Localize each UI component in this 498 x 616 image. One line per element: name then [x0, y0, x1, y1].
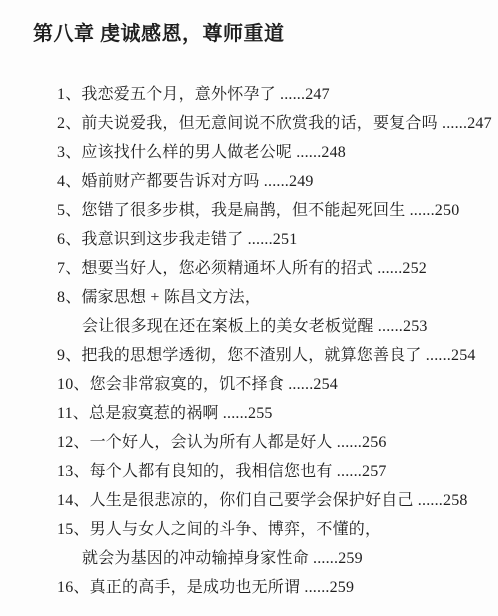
- toc-list: 1、我恋爱五个月，意外怀孕了 ......247 2、前夫说爱我，但无意间说不欣…: [57, 80, 492, 602]
- chapter-title: 第八章 虔诚感恩，尊师重道: [33, 22, 285, 46]
- toc-entry: 13、每个人都有良知的，我相信您也有 ......257: [57, 457, 492, 486]
- toc-entry: 16、真正的高手，是成功也无所谓 ......259: [57, 573, 492, 602]
- toc-page: 第八章 虔诚感恩，尊师重道 1、我恋爱五个月，意外怀孕了 ......247 2…: [0, 0, 498, 616]
- toc-entry: 6、我意识到这步我走错了 ......251: [57, 225, 492, 254]
- toc-entry: 3、应该找什么样的男人做老公呢 ......248: [57, 138, 492, 167]
- toc-entry: 1、我恋爱五个月，意外怀孕了 ......247: [57, 80, 492, 109]
- toc-entry: 15、男人与女人之间的斗争、博弈，不懂的，: [57, 515, 492, 544]
- toc-entry: 8、儒家思想 + 陈昌文方法，: [57, 283, 492, 312]
- toc-entry: 5、您错了很多步棋，我是扁鹊，但不能起死回生 ......250: [57, 196, 492, 225]
- toc-entry: 2、前夫说爱我，但无意间说不欣赏我的话，要复合吗 ......247: [57, 109, 492, 138]
- toc-entry-continuation: 会让很多现在还在案板上的美女老板觉醒 ......253: [57, 312, 492, 341]
- toc-entry: 7、想要当好人，您必须精通坏人所有的招式 ......252: [57, 254, 492, 283]
- toc-entry: 4、婚前财产都要告诉对方吗 ......249: [57, 167, 492, 196]
- toc-entry: 14、人生是很悲凉的，你们自己要学会保护好自己 ......258: [57, 486, 492, 515]
- toc-entry: 10、您会非常寂寞的，饥不择食 ......254: [57, 370, 492, 399]
- toc-entry: 11、总是寂寞惹的祸啊 ......255: [57, 399, 492, 428]
- toc-entry: 9、把我的思想学透彻，您不渣别人，就算您善良了 ......254: [57, 341, 492, 370]
- toc-entry-continuation: 就会为基因的冲动输掉身家性命 ......259: [57, 544, 492, 573]
- toc-entry: 12、一个好人，会认为所有人都是好人 ......256: [57, 428, 492, 457]
